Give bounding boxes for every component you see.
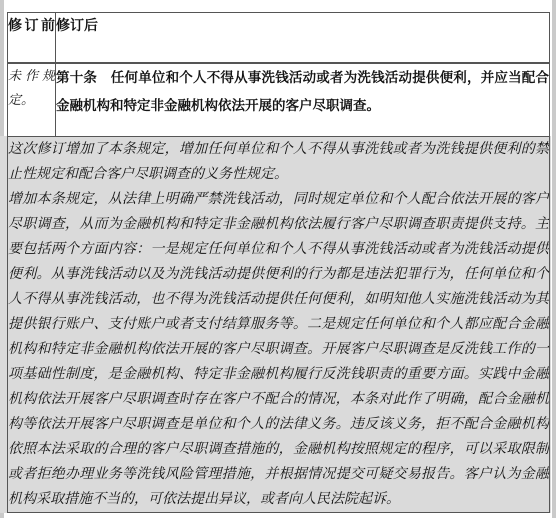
before-revision-header-cell: 修订前 [8, 13, 56, 64]
table-header-row: 修订前 修订后 [8, 13, 550, 64]
before-revision-text-cell: 未作规定。 [8, 63, 56, 137]
right-gutter-shading [552, 0, 556, 518]
revision-comparison-table: 修订前 修订后 未作规定。 第十条 任何单位和个人不得从事洗钱活动或者为洗钱活动… [7, 12, 550, 513]
commentary-cell: 这次修订增加了本条规定，增加任何单位和个人不得从事洗钱或者为洗钱提供便利的禁止性… [8, 137, 550, 513]
commentary-paragraph: 这次修订增加了本条规定，增加任何单位和个人不得从事洗钱或者为洗钱提供便利的禁止性… [8, 137, 549, 187]
article-10-text-cell: 第十条 任何单位和个人不得从事洗钱活动或者为洗钱活动提供便利，并应当配合金融机构… [56, 63, 550, 137]
commentary-row: 这次修订增加了本条规定，增加任何单位和个人不得从事洗钱或者为洗钱提供便利的禁止性… [8, 137, 550, 513]
commentary-paragraph: 增加本条规定，从法律上明确严禁洗钱活动，同时规定单位和个人配合依法开展的客户尽职… [8, 187, 549, 512]
document-page: 修订前 修订后 未作规定。 第十条 任何单位和个人不得从事洗钱活动或者为洗钱活动… [0, 0, 558, 518]
after-revision-header-cell: 修订后 [56, 13, 550, 64]
table-content-row: 未作规定。 第十条 任何单位和个人不得从事洗钱活动或者为洗钱活动提供便利，并应当… [8, 63, 550, 137]
